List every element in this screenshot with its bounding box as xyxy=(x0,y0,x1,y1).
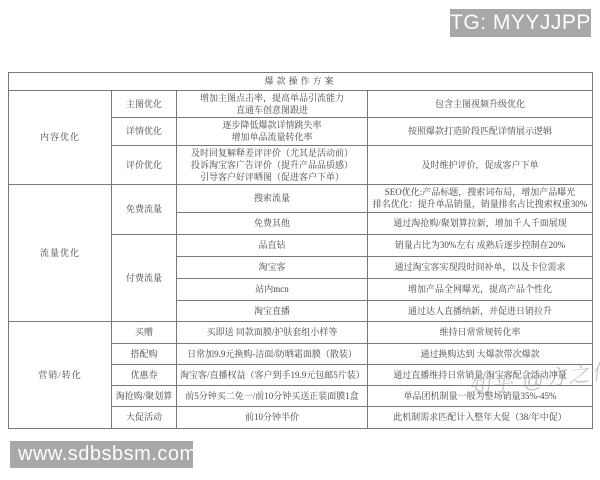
website-watermark: www.sdbsbsm.com xyxy=(10,441,193,468)
sub-reviews: 评价优化 xyxy=(112,145,177,184)
desc-cell: 淘宝客/直播权益（客户到手19.9元包邮5片装） xyxy=(177,364,368,385)
desc-cell: 及时维护评价，促成客户下单 xyxy=(368,145,593,184)
channel-taobao-ke: 淘宝客 xyxy=(177,256,368,278)
desc-cell: 逐步降低爆款详情跳失率 增加单品流量转化率 xyxy=(177,118,368,145)
telegram-watermark: TG: MYYJJPP xyxy=(450,9,591,37)
desc-cell: 此机制需求匹配计入整年大促（38/年中促） xyxy=(368,406,593,428)
desc-cell: 通过换购达到 大爆款带次爆款 xyxy=(368,343,593,364)
sub-detail-page: 详情优化 xyxy=(112,118,177,145)
section-traffic-optimization: 流量优化 xyxy=(9,184,112,321)
sub-bundle-purchase: 搭配购 xyxy=(112,343,177,364)
desc-cell: 包含主图视频升级优化 xyxy=(368,91,593,118)
desc-cell: 销量占比为30%左右 成熟后逐步控制在20% xyxy=(368,234,593,256)
desc-cell: 前5分钟买二免一/前10分钟买送正装面膜1盒 xyxy=(177,385,368,406)
channel-free-other: 免费其他 xyxy=(177,212,368,234)
desc-cell: 通过淘宝客实现段时间补单，以及卡位需求 xyxy=(368,256,593,278)
section-marketing-conversion: 营销/转化 xyxy=(9,321,112,428)
channel-pin-zhi-zuan: 品直钻 xyxy=(177,234,368,256)
channel-onsite-mcn: 站内mcn xyxy=(177,278,368,300)
desc-cell: 维持日常常规转化率 xyxy=(368,321,593,343)
sub-coupon: 优惠券 xyxy=(112,364,177,385)
desc-cell: 通过达人直播纳新，并促进日销拉升 xyxy=(368,300,593,321)
table-title: 爆款操作方案 xyxy=(9,73,593,91)
sub-big-promotion: 大促活动 xyxy=(112,406,177,428)
section-content-optimization: 内容优化 xyxy=(9,91,112,185)
channel-search-traffic: 搜索流量 xyxy=(177,184,368,212)
desc-cell: 前10分钟半价 xyxy=(177,406,368,428)
desc-cell: 及时回复解释差评评价（尤其是活动前） 投诉淘宝客广告评价（提升产品品质感） 引导… xyxy=(177,145,368,184)
desc-cell: 日常加9.9元换购-洁面/防晒霜面膜（散装） xyxy=(177,343,368,364)
group-paid-traffic: 付费流量 xyxy=(112,234,177,321)
desc-cell: 增加主图点击率，提高单品引流能力 直通车创意图跟进 xyxy=(177,91,368,118)
desc-cell: 买即送 同款面膜/护肤套组小样等 xyxy=(177,321,368,343)
desc-cell: SEO优化:产品标题，搜索词布局，增加产品曝光 排名优化：提升单品销量，销量排名… xyxy=(368,184,593,212)
desc-cell: 增加产品全网曝光，提高产品个性化 xyxy=(368,278,593,300)
sub-flash-sale: 淘抢购/聚划算 xyxy=(112,385,177,406)
channel-taobao-live: 淘宝直播 xyxy=(177,300,368,321)
desc-cell: 单品团机制量一般为整场销量35%-45% xyxy=(368,385,593,406)
desc-cell: 按照爆款打造阶段匹配详情展示逻辑 xyxy=(368,118,593,145)
sub-gift-with-purchase: 买赠 xyxy=(112,321,177,343)
desc-cell: 通过直播维持日常销量/淘宝客配合活动冲量 xyxy=(368,364,593,385)
hot-product-plan-table: 爆款操作方案 内容优化 主图优化 增加主图点击率，提高单品引流能力 直通车创意图… xyxy=(8,72,593,429)
desc-cell: 通过淘抢购/聚划算拉新，增加千人千面展现 xyxy=(368,212,593,234)
group-free-traffic: 免费流量 xyxy=(112,184,177,234)
sub-main-image: 主图优化 xyxy=(112,91,177,118)
